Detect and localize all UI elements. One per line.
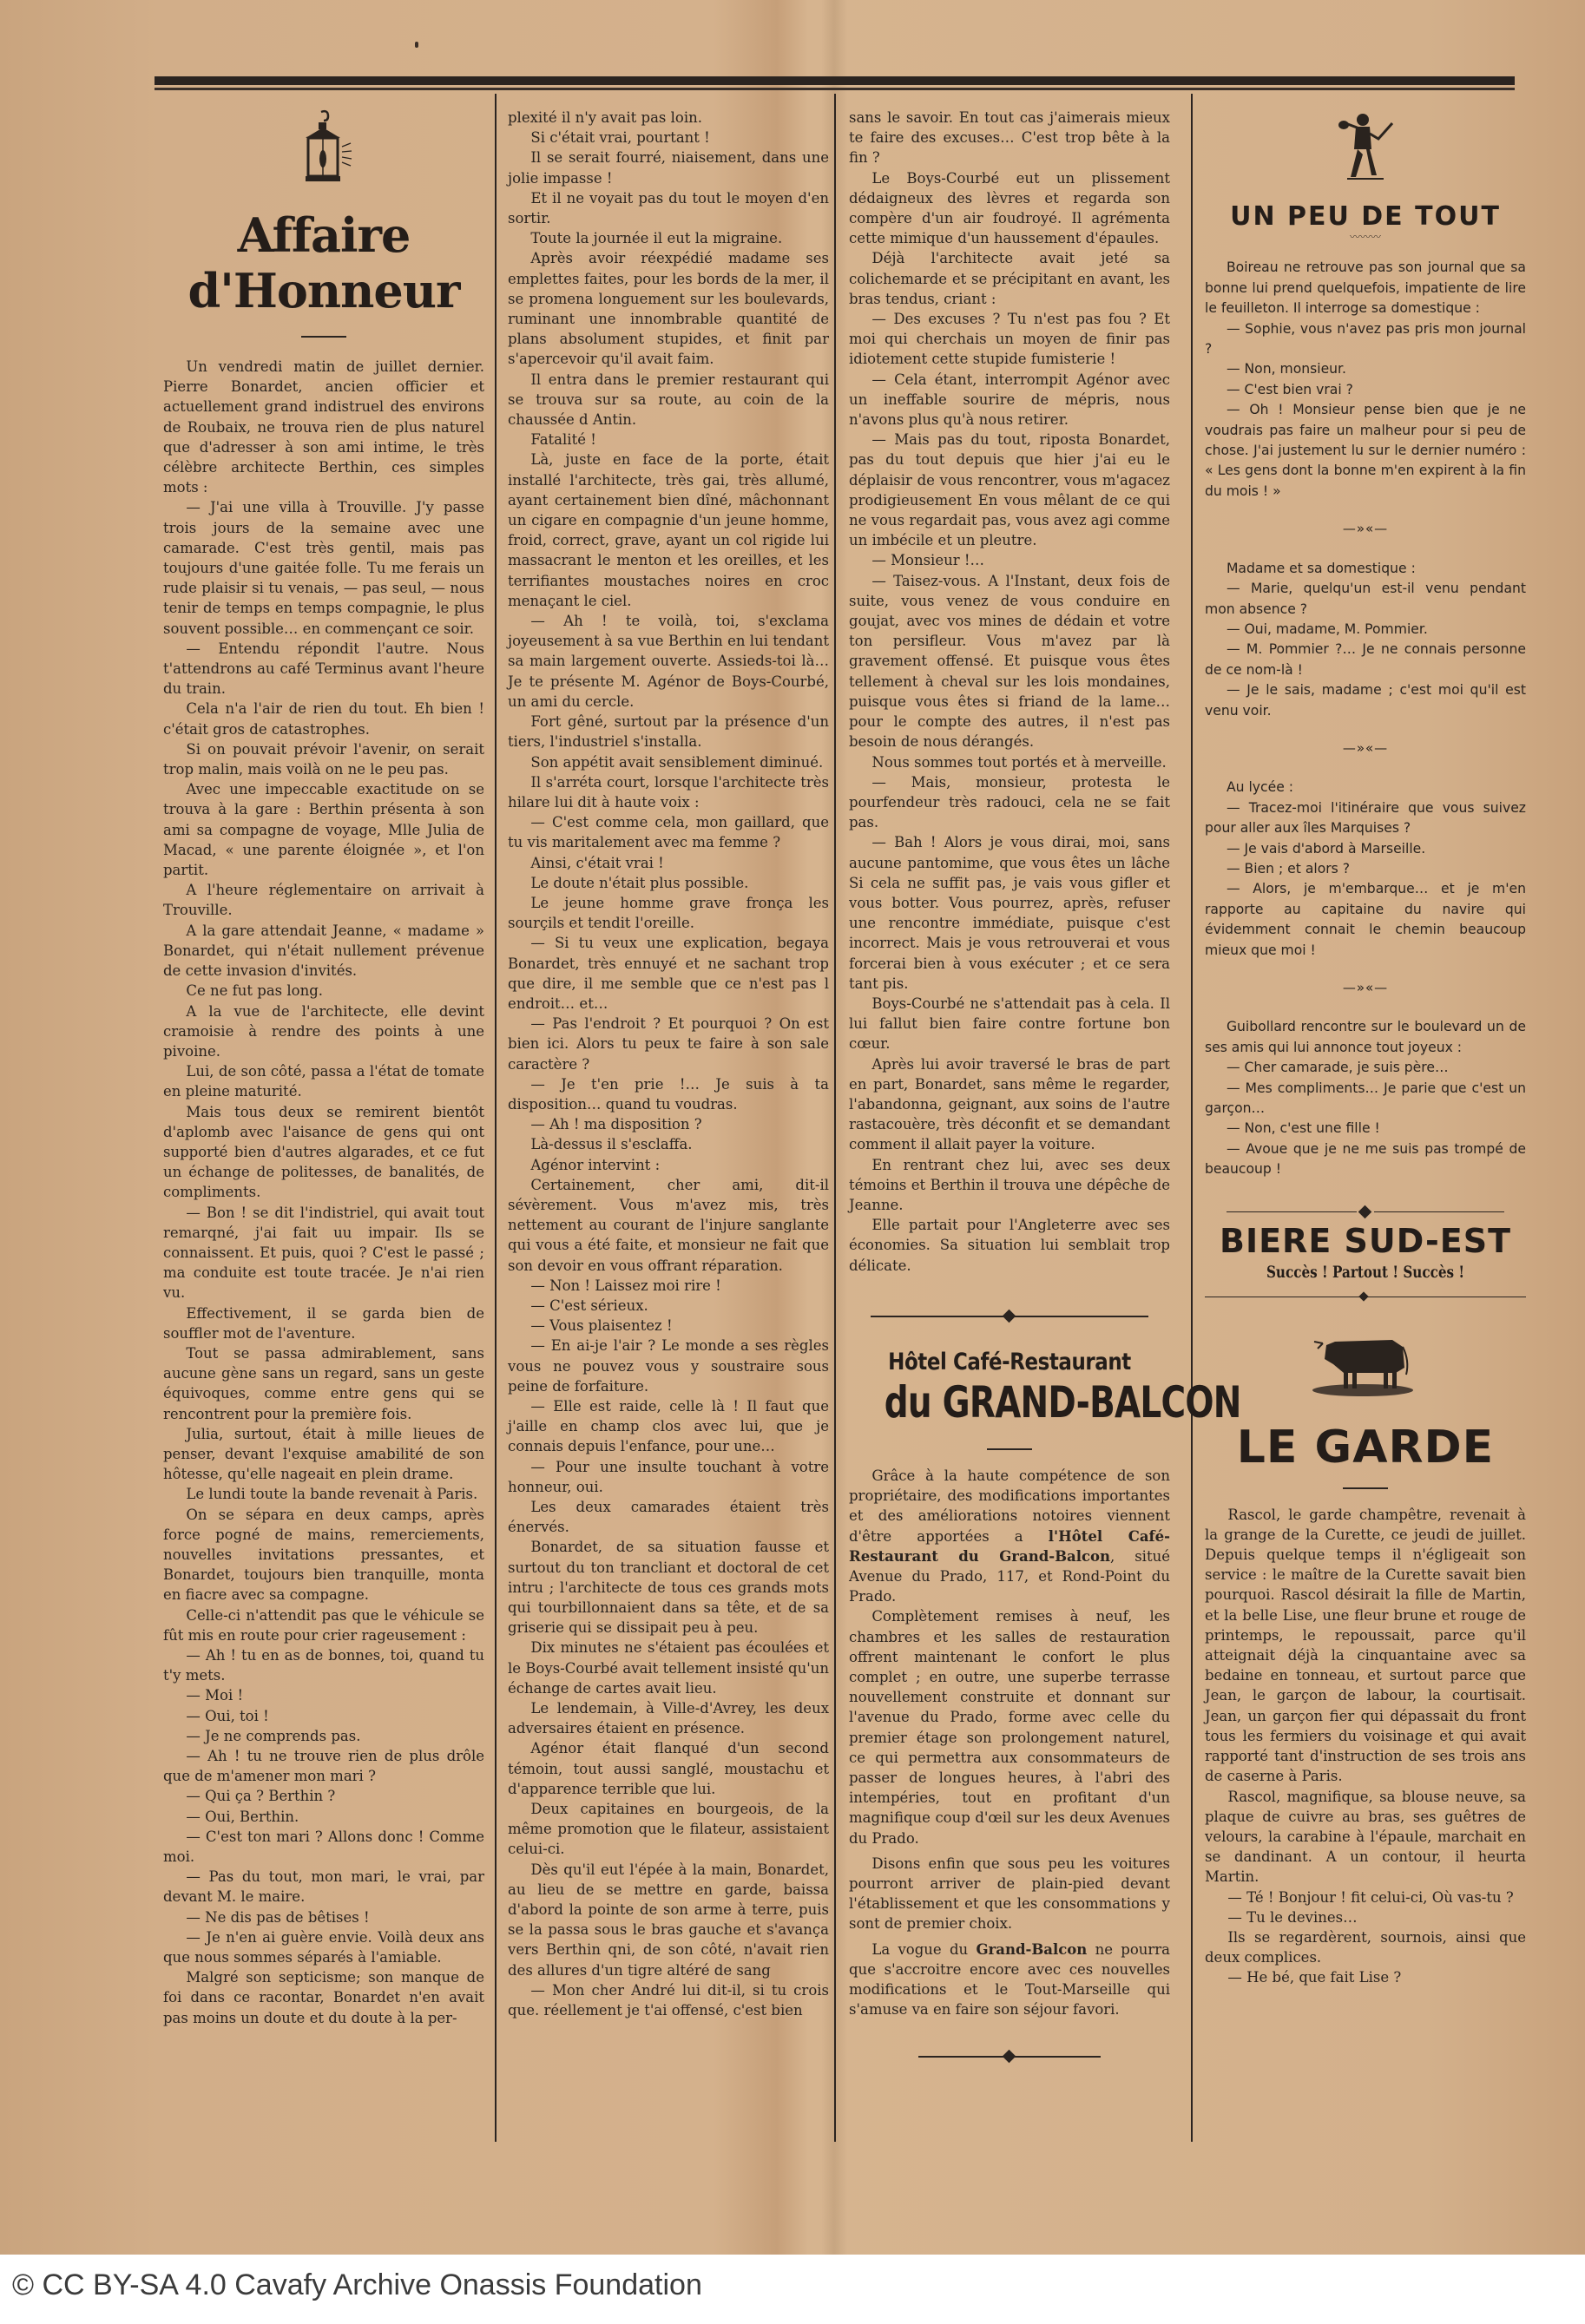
paragraph: — Si tu veux une explication, begaya Bon… (508, 933, 829, 1014)
joke-line: — Non, c'est une fille ! (1205, 1119, 1526, 1139)
joke-line: — Marie, quelqu'un est-il venu pendant m… (1205, 579, 1526, 620)
ad-paragraph: La vogue du Grand-Balcon ne pourra que s… (849, 1940, 1170, 2020)
paragraph: — C'est sérieux. (508, 1296, 829, 1316)
paragraph: Elle partait pour l'Angleterre avec ses … (849, 1215, 1170, 1276)
paragraph: — Cela étant, interrompit Agénor avec un… (849, 370, 1170, 430)
joke: Guibollard rencontre sur le boulevard un… (1205, 1017, 1526, 1179)
paragraph: Un vendredi matin de juillet dernier. Pi… (163, 357, 484, 497)
paragraph: Là, juste en face de la porte, était ins… (508, 450, 829, 611)
joke-line: — Non, monsieur. (1205, 359, 1526, 379)
column-2: plexité il n'y avait pas loin.Si c'était… (508, 108, 829, 2020)
paragraph: — Ah ! tu en as de bonnes, toi, quand tu… (163, 1645, 484, 1685)
ad-paragraph: Disons enfin que sous peu les voitures p… (849, 1854, 1170, 1934)
paragraph: — J'ai une villa à Trouville. J'y passe … (163, 497, 484, 638)
paragraph: Il s'arréta court, lorsque l'architecte … (508, 772, 829, 812)
title-rule (987, 1448, 1032, 1450)
paragraph: En rentrant chez lui, avec ses deux témo… (849, 1155, 1170, 1216)
paragraph: — He bé, que fait Lise ? (1205, 1967, 1526, 1987)
paragraph: Si on pouvait prévoir l'avenir, on serai… (163, 739, 484, 779)
walking-man-icon (1333, 111, 1398, 184)
paragraph: Le doute n'était plus possible. (508, 873, 829, 893)
ad-paragraph: Complètement remises à neuf, les chambre… (849, 1606, 1170, 1848)
joke-line: — Oh ! Monsieur pense bien que je ne vou… (1205, 400, 1526, 502)
paragraph: — Ah ! te voilà, toi, s'exclama joyeusem… (508, 611, 829, 712)
paragraph: — Vous plaisentez ! (508, 1316, 829, 1336)
paragraph: Agénor intervint : (508, 1155, 829, 1175)
joke: Boireau ne retrouve pas son journal que … (1205, 258, 1526, 502)
paragraph: Boys-Courbé ne s'attendait pas à cela. I… (849, 994, 1170, 1054)
joke-line: Boireau ne retrouve pas son journal que … (1205, 258, 1526, 318)
paragraph: Il se serait fourré, niaisement, dans un… (508, 148, 829, 187)
paragraph: Il entra dans le premier restaurant qui … (508, 370, 829, 430)
ad-title: BIERE SUD-EST (1205, 1222, 1526, 1260)
paragraph: Ce ne fut pas long. (163, 981, 484, 1001)
paragraph: Julia, surtout, était à mille lieues de … (163, 1424, 484, 1485)
joke-line: — Tracez-moi l'itinéraire que vous suive… (1205, 798, 1526, 839)
paragraph: — Mais pas du tout, riposta Bonardet, pa… (849, 430, 1170, 550)
column-divider (834, 94, 836, 2142)
article-body-continued: plexité il n'y avait pas loin.Si c'était… (508, 108, 829, 2020)
paragraph: — En ai-je l'air ? Le monde a ses règles… (508, 1336, 829, 1396)
paragraph: Dix minutes ne s'étaient pas écoulées et… (508, 1638, 829, 1698)
column-4: UN PEU DE TOUT 〰〰〰 Boireau ne retrouve p… (1205, 111, 1526, 1988)
paragraph: — Pas l'endroit ? Et pourquoi ? On est b… (508, 1014, 829, 1074)
paragraph: Avec une impeccable exactitude on se tro… (163, 779, 484, 880)
joke-line: — Oui, madame, M. Pommier. (1205, 620, 1526, 640)
paragraph: — Je n'en ai guère envie. Voilà deux ans… (163, 1927, 484, 1967)
grand-balcon-ad: Hôtel Café-Restaurant du GRAND-BALCON Gr… (849, 1352, 1170, 2064)
paragraph: — Ah ! tu ne trouve rien de plus drôle q… (163, 1746, 484, 1786)
paragraph: — Pas du tout, mon mari, le vrai, par de… (163, 1867, 484, 1907)
paragraph: sans le savoir. En tout cas j'aimerais m… (849, 108, 1170, 168)
joke: Au lycée :— Tracez-moi l'itinéraire que … (1205, 778, 1526, 961)
paragraph: Lui, de son côté, passa a l'état de toma… (163, 1061, 484, 1101)
ornament-divider (1227, 1206, 1504, 1218)
paragraph: — Taisez-vous. A l'Instant, deux fois de… (849, 571, 1170, 752)
joke-line: — Alors, je m'embarque… et je m'en rappo… (1205, 879, 1526, 961)
ad-paragraph: Grâce à la haute compétence de son propr… (849, 1466, 1170, 1606)
paragraph: — Mon cher André lui dit-il, si tu crois… (508, 1980, 829, 2020)
paragraph: — Tu le devines… (1205, 1907, 1526, 1927)
paragraph: Là-dessus il s'esclaffa. (508, 1134, 829, 1154)
ornament-divider (1205, 1291, 1526, 1303)
paragraph: — Ah ! ma disposition ? (508, 1114, 829, 1134)
paragraph: — Des excuses ? Tu n'est pas fou ? Et mo… (849, 309, 1170, 370)
lantern-icon (293, 108, 354, 192)
paragraph: Rascol, magnifique, sa blouse neuve, sa … (1205, 1787, 1526, 1887)
joke-line: — Cher camarade, je suis père… (1205, 1058, 1526, 1078)
paragraph: — Qui ça ? Berthin ? (163, 1786, 484, 1806)
paragraph: Déjà l'architecte avait jeté sa colichem… (849, 248, 1170, 309)
story-body: Rascol, le garde champêtre, revenait à l… (1205, 1505, 1526, 1988)
paragraph: Fatalité ! (508, 430, 829, 450)
ornament-divider (871, 1310, 1148, 1323)
joke-line: — Je vais d'abord à Marseille. (1205, 839, 1526, 859)
joke-line: — Sophie, vous n'avez pas pris mon journ… (1205, 319, 1526, 360)
paragraph: Toute la journée il eut la migraine. (508, 228, 829, 248)
paragraph: Le Boys-Courbé eut un plissement dédaign… (849, 168, 1170, 249)
section-title: UN PEU DE TOUT (1205, 207, 1526, 226)
paragraph: — Elle est raide, celle là ! Il faut que… (508, 1396, 829, 1457)
ad-kicker: Hôtel Café-Restaurant (873, 1352, 1147, 1372)
paragraph: — C'est ton mari ? Allons donc ! Comme m… (163, 1827, 484, 1867)
joke-line: Au lycée : (1205, 778, 1526, 798)
joke-line: — Mes compliments… Je parie que c'est un… (1205, 1079, 1526, 1119)
paragraph: — Oui, Berthin. (163, 1807, 484, 1827)
paragraph: A la gare attendait Jeanne, « madame » B… (163, 921, 484, 981)
ad-title: du GRAND-BALCON (885, 1375, 1135, 1429)
paragraph: A la vue de l'architecte, elle devint cr… (163, 1001, 484, 1062)
cow-icon (1309, 1329, 1422, 1399)
paragraph: Après lui avoir traversé le bras de part… (849, 1054, 1170, 1155)
joke-separator: —»«— (1205, 978, 1526, 998)
ink-speck (415, 42, 418, 48)
paragraph: Son appétit avait sensiblement diminué. (508, 752, 829, 772)
paragraph: plexité il n'y avait pas loin. (508, 108, 829, 128)
paragraph: Le lundi toute la bande revenait à Paris… (163, 1484, 484, 1504)
paragraph: — C'est comme cela, mon gaillard, que tu… (508, 812, 829, 852)
wavy-rule: 〰〰〰 (1205, 232, 1526, 242)
paragraph: Agénor était flanqué d'un second témoin,… (508, 1738, 829, 1799)
paragraph: Celle-ci n'attendit pas que le véhicule … (163, 1605, 484, 1645)
paragraph: Et il ne voyait pas du tout le moyen d'e… (508, 188, 829, 228)
top-rule (155, 76, 1515, 85)
paragraph: Malgré son septicisme; son manque de foi… (163, 1967, 484, 2028)
paragraph: Le jeune homme grave fronça les sourçils… (508, 893, 829, 933)
paragraph: — Bah ! Alors je vous dirai, moi, sans a… (849, 832, 1170, 994)
title-rule (301, 336, 346, 338)
column-divider (1191, 94, 1193, 2142)
top-rule-thin (155, 88, 1515, 90)
paragraph: Bonardet, de sa situation fausse et surt… (508, 1537, 829, 1638)
paragraph: Cela n'a l'air de rien du tout. Eh bien … (163, 699, 484, 739)
article-body: Un vendredi matin de juillet dernier. Pi… (163, 357, 484, 2028)
column-1: Affaire d'Honneur Un vendredi matin de j… (163, 108, 484, 2028)
title-rule (1343, 1487, 1388, 1489)
paragraph: — Je ne comprends pas. (163, 1726, 484, 1746)
paragraph: Tout se passa admirablement, sans aucune… (163, 1343, 484, 1424)
paragraph: Ainsi, c'était vrai ! (508, 853, 829, 873)
joke-line: Madame et sa domestique : (1205, 559, 1526, 579)
paragraph: Dès qu'il eut l'épée à la main, Bonardet… (508, 1860, 829, 1980)
paragraph: Le lendemain, à Ville-d'Avrey, les deux … (508, 1698, 829, 1738)
jokes-list: Boireau ne retrouve pas son journal que … (1205, 258, 1526, 1179)
paragraph: Rascol, le garde champêtre, revenait à l… (1205, 1505, 1526, 1787)
joke-line: — M. Pommier ?… Je ne connais personne d… (1205, 640, 1526, 680)
paragraph: — Entendu répondit l'autre. Nous t'atten… (163, 639, 484, 699)
biere-ad: BIERE SUD-EST Succès ! Partout ! Succès … (1205, 1222, 1526, 1283)
column-3: sans le savoir. En tout cas j'aimerais m… (849, 108, 1170, 2084)
article-title: Affaire d'Honneur (163, 207, 484, 318)
paragraph: — Moi ! (163, 1685, 484, 1705)
paragraph: Mais tous deux se remirent bientôt d'apl… (163, 1102, 484, 1203)
joke-line: — C'est bien vrai ? (1205, 380, 1526, 400)
article-body-end: sans le savoir. En tout cas j'aimerais m… (849, 108, 1170, 1276)
joke-line: Guibollard rencontre sur le boulevard un… (1205, 1017, 1526, 1058)
paragraph: — Je t'en prie !… Je suis à ta dispositi… (508, 1074, 829, 1114)
paragraph: — Ne dis pas de bêtises ! (163, 1907, 484, 1927)
story-title: LE GARDE (1205, 1421, 1526, 1474)
paragraph: On se sépara en deux camps, après force … (163, 1505, 484, 1605)
joke: Madame et sa domestique :— Marie, quelqu… (1205, 559, 1526, 721)
paragraph: Si c'était vrai, pourtant ! (508, 128, 829, 148)
footer: © CC BY-SA 4.0 Cavafy Archive Onassis Fo… (0, 2255, 1585, 2324)
paragraph: — Té ! Bonjour ! fit celui-ci, Où vas-tu… (1205, 1887, 1526, 1907)
joke-line: — Bien ; et alors ? (1205, 859, 1526, 879)
paragraph: A l'heure réglementaire on arrivait à Tr… (163, 880, 484, 920)
paragraph: — Oui, toi ! (163, 1706, 484, 1726)
paragraph: — Mais, monsieur, protesta le pourfendeu… (849, 772, 1170, 833)
copyright-credit: © CC BY-SA 4.0 Cavafy Archive Onassis Fo… (12, 2268, 702, 2302)
column-divider (495, 94, 497, 2142)
paragraph: Ils se regardèrent, sournois, ainsi que … (1205, 1927, 1526, 1967)
paragraph: — Monsieur !… (849, 550, 1170, 570)
paragraph: — Bon ! se dit l'indistriel, qui avait t… (163, 1203, 484, 1303)
joke-line: — Avoue que je ne me suis pas trompé de … (1205, 1139, 1526, 1180)
paragraph: Effectivement, il se garda bien de souff… (163, 1303, 484, 1343)
joke-separator: —»«— (1205, 739, 1526, 758)
paragraph: Les deux camarades étaient très énervés. (508, 1497, 829, 1537)
paragraph: Deux capitaines en bourgeois, de la même… (508, 1799, 829, 1860)
paragraph: Après avoir réexpédié madame ses emplett… (508, 248, 829, 369)
ad-slogan: Succès ! Partout ! Succès ! (1237, 1262, 1494, 1283)
paragraph: Nous sommes tout portés et à merveille. (849, 752, 1170, 772)
paragraph: Certainement, cher ami, dit-il sévèremen… (508, 1175, 829, 1276)
paragraph: — Non ! Laissez moi rire ! (508, 1276, 829, 1296)
joke-separator: —»«— (1205, 519, 1526, 539)
joke-line: — Je le sais, madame ; c'est moi qu'il e… (1205, 680, 1526, 721)
paragraph: Fort gêné, surtout par la présence d'un … (508, 712, 829, 752)
newspaper-page: Affaire d'Honneur Un vendredi matin de j… (0, 0, 1585, 2255)
ornament-divider (918, 2051, 1101, 2063)
paragraph: — Pour une insulte touchant à votre honn… (508, 1457, 829, 1497)
